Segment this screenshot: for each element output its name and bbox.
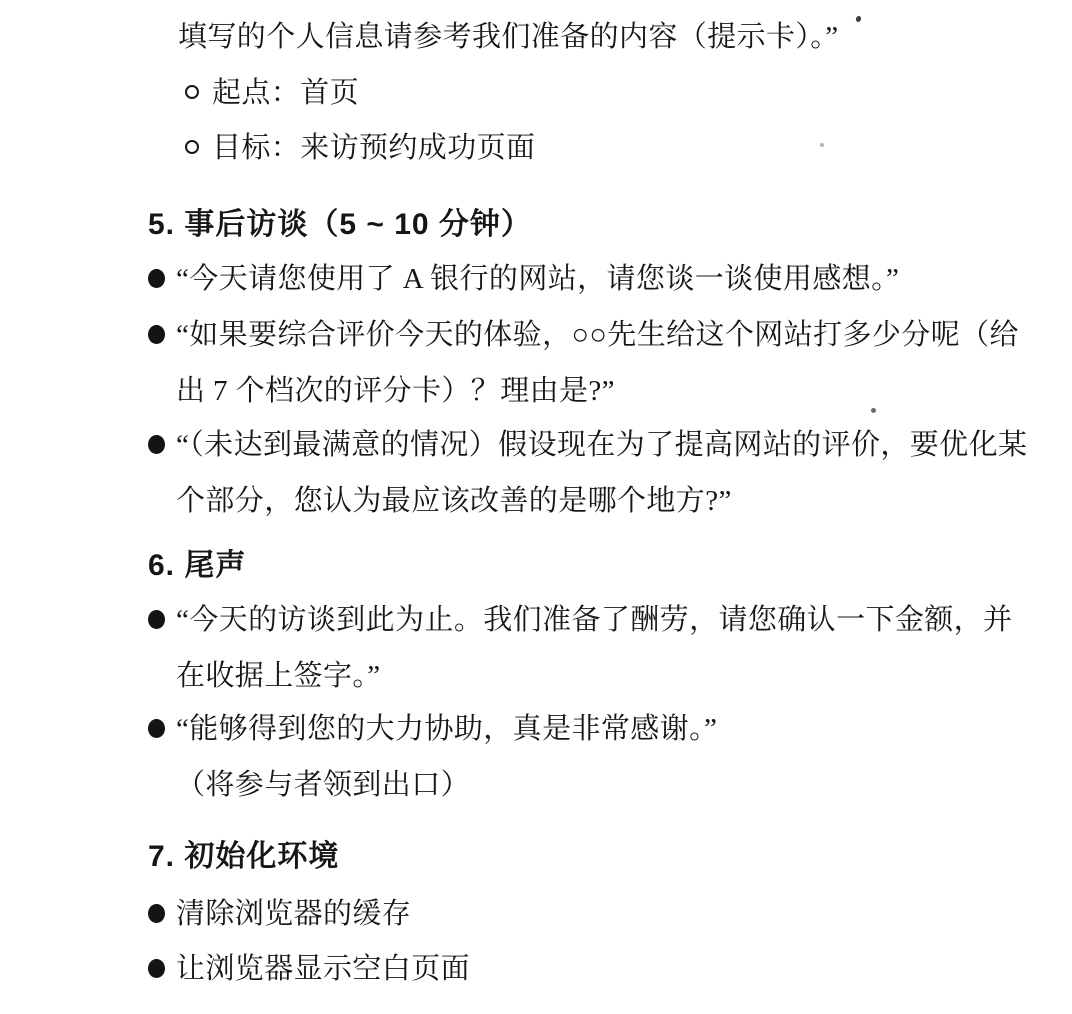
text-line: 出 7 个档次的评分卡）？理由是?” [176, 374, 1019, 408]
bullet-text: “今天的访谈到此为止。我们准备了酬劳，请您确认一下金额，并 在收据上签字。” [176, 603, 1012, 693]
bullet-text: “今天请您使用了 A 银行的网站，请您谈一谈使用感想。” [176, 262, 899, 296]
bullet-icon [148, 719, 165, 738]
bullet-item: “今天请您使用了 A 银行的网站，请您谈一谈使用感想。” [148, 262, 1038, 296]
text-line: 个部分，您认为最应该改善的是哪个地方?” [176, 484, 1027, 518]
bullet-text: “（未达到最满意的情况）假设现在为了提高网站的评价，要优化某 个部分，您认为最应… [176, 428, 1027, 518]
bullet-item: “今天的访谈到此为止。我们准备了酬劳，请您确认一下金额，并 在收据上签字。” [148, 603, 1038, 693]
bullet-icon [148, 904, 165, 923]
bullet-item: 让浏览器显示空白页面 [148, 952, 1038, 986]
scanned-document-page: 填写的个人信息请参考我们准备的内容（提示卡）。” 起点：首页 目标：来访预约成功… [0, 0, 1072, 1014]
list-item-label: 起点：首页 [212, 76, 359, 110]
text-line: 让浏览器显示空白页面 [176, 952, 470, 986]
bullet-icon [148, 325, 165, 344]
bullet-item: 清除浏览器的缓存 [148, 897, 1038, 931]
section-heading-closing: 6. 尾声 [148, 549, 1038, 583]
bullet-text: “如果要综合评价今天的体验，○○先生给这个网站打多少分呢（给 出 7 个档次的评… [176, 318, 1019, 408]
bullet-item: “（未达到最满意的情况）假设现在为了提高网站的评价，要优化某 个部分，您认为最应… [148, 428, 1038, 518]
circle-bullet-icon [185, 85, 199, 99]
text-line: （将参与者领到出口） [176, 768, 717, 802]
text-line: “今天请您使用了 A 银行的网站，请您谈一谈使用感想。” [176, 262, 899, 296]
circle-bullet-icon [185, 140, 199, 154]
list-item-start-point: 起点：首页 [185, 76, 1038, 110]
interview-script: 填写的个人信息请参考我们准备的内容（提示卡）。” 起点：首页 目标：来访预约成功… [148, 0, 1038, 986]
text-line: 在收据上签字。” [176, 659, 1012, 693]
text-line: “能够得到您的大力协助，真是非常感谢。” [176, 712, 717, 746]
list-item-goal: 目标：来访预约成功页面 [185, 131, 1038, 165]
list-item-label: 目标：来访预约成功页面 [212, 131, 535, 165]
bullet-icon [148, 610, 165, 629]
text-line: “（未达到最满意的情况）假设现在为了提高网站的评价，要优化某 [176, 428, 1027, 462]
bullet-text: 清除浏览器的缓存 [176, 897, 411, 931]
bullet-text: 让浏览器显示空白页面 [176, 952, 470, 986]
bullet-item: “如果要综合评价今天的体验，○○先生给这个网站打多少分呢（给 出 7 个档次的评… [148, 318, 1038, 408]
bullet-icon [148, 959, 165, 978]
section-heading-reset-environment: 7. 初始化环境 [148, 840, 1038, 874]
text-line: 清除浏览器的缓存 [176, 897, 411, 931]
text-line: “今天的访谈到此为止。我们准备了酬劳，请您确认一下金额，并 [176, 603, 1012, 637]
bullet-icon [148, 435, 165, 454]
bullet-item: “能够得到您的大力协助，真是非常感谢。” （将参与者领到出口） [148, 712, 1038, 802]
intro-continuation-line: 填写的个人信息请参考我们准备的内容（提示卡）。” [178, 20, 1038, 54]
text-line: “如果要综合评价今天的体验，○○先生给这个网站打多少分呢（给 [176, 318, 1019, 352]
section-heading-post-interview: 5. 事后访谈（5 ~ 10 分钟） [148, 208, 1038, 242]
bullet-text: “能够得到您的大力协助，真是非常感谢。” （将参与者领到出口） [176, 712, 717, 802]
bullet-icon [148, 269, 165, 288]
